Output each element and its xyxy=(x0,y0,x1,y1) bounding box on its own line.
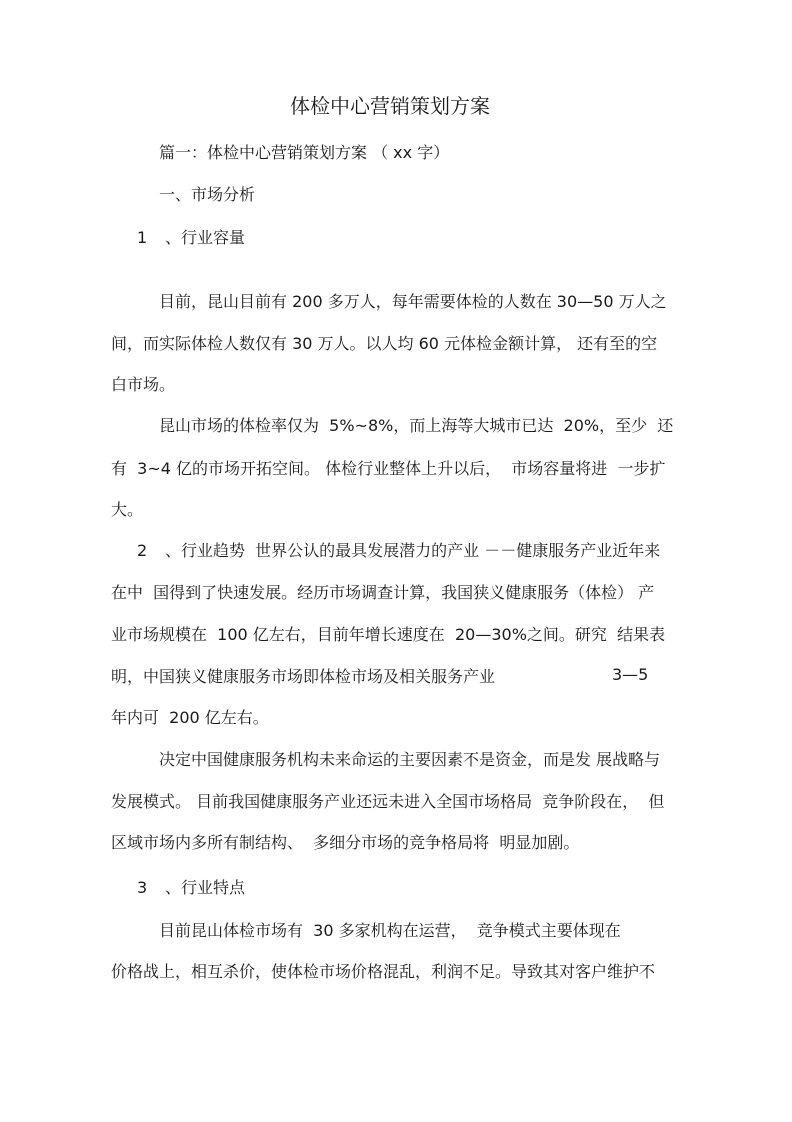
paragraph-line: 发展模式。 目前我国健康服务产业还远未进入全国市场格局 竞争阶段在， 但 xyxy=(111,792,664,812)
subsection-number: 2 xyxy=(137,541,147,561)
paragraph-line: 白市场。 xyxy=(111,375,175,395)
subsection-number: 3 xyxy=(137,878,147,898)
document-subtitle: 篇一：体检中心营销策划方案 （ xx 字） xyxy=(159,143,449,163)
subsection-heading: 、行业特点 xyxy=(165,878,245,898)
subsection-heading: 、行业趋势 世界公认的最具发展潜力的产业 －－健康服务产业近年来 xyxy=(165,541,660,561)
subsection-heading: 、行业容量 xyxy=(165,228,245,248)
paragraph-line: 明，中国狭义健康服务市场即体检市场及相关服务产业 xyxy=(111,667,495,687)
paragraph-line: 价格战上，相互杀价，使体检市场价格混乱，利润不足。导致其对客户维护不 xyxy=(111,962,655,982)
paragraph-line: 在中 国得到了快速发展。经历市场调查计算，我国狭义健康服务（体检） 产 xyxy=(111,583,654,603)
paragraph-line: 间，而实际体检人数仅有 30 万人。以人均 60 元体检金额计算， 还有至的空 xyxy=(111,334,657,354)
paragraph-line: 大。 xyxy=(111,500,143,520)
paragraph-line: 决定中国健康服务机构未来命运的主要因素不是资金，而是发 展战略与 xyxy=(159,750,660,770)
paragraph-line: 有 3~4 亿的市场开拓空间。 体检行业整体上升以后， 市场容量将进 一步扩 xyxy=(111,459,665,479)
document-title: 体检中心营销策划方案 xyxy=(290,93,490,119)
paragraph-line: 业市场规模在 100 亿左右，目前年增长速度在 20—30%之间。研究 结果表 xyxy=(111,625,665,645)
paragraph-line: 目前昆山体检市场有 30 多家机构在运营， 竞争模式主要体现在 xyxy=(159,921,621,941)
paragraph-line: 昆山市场的体检率仅为 5%~8%，而上海等大城市已达 20%，至少 还 xyxy=(159,416,673,436)
paragraph-line: 年内可 200 亿左右。 xyxy=(111,708,269,728)
paragraph-line: 目前，昆山目前有 200 多万人，每年需要体检的人数在 30—50 万人之 xyxy=(159,292,667,312)
paragraph-line: 区域市场内多所有制结构、 多细分市场的竞争格局将 明显加剧。 xyxy=(111,833,579,853)
subsection-number: 1 xyxy=(137,228,147,248)
paragraph-line: 3—5 xyxy=(612,665,648,685)
section-heading: 一、市场分析 xyxy=(159,185,255,205)
